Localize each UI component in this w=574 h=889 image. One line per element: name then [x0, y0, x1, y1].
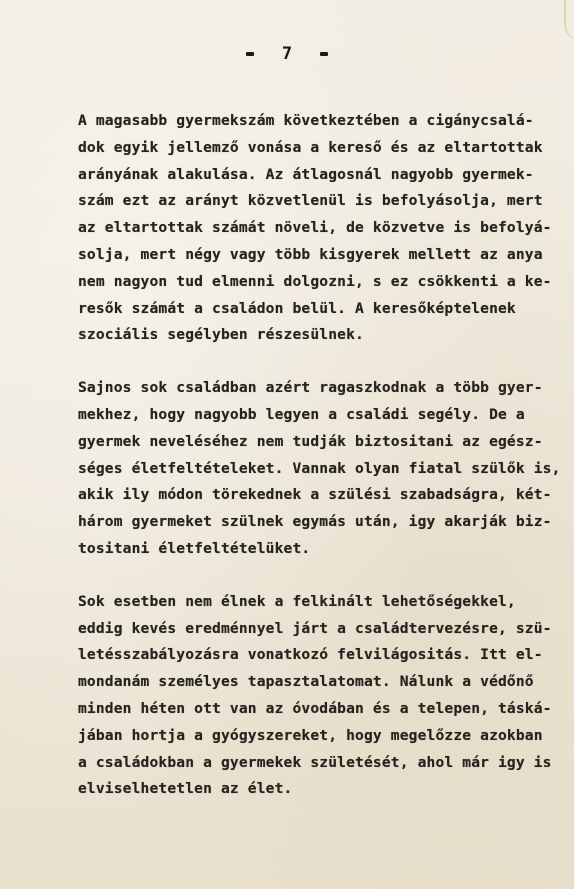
text-line: Sajnos sok családban azért ragaszkodnak … [78, 375, 548, 402]
text-line: szociális segélyben részesülnek. [78, 322, 548, 349]
text-line: mondanám személyes tapasztalatomat. Nálu… [78, 669, 548, 696]
text-line: Sok esetben nem élnek a felkinált lehető… [78, 589, 548, 616]
text-line: elviselhetetlen az élet. [78, 776, 548, 803]
text-line: az eltartottak számát növeli, de közvetv… [78, 215, 548, 242]
text-line: resők számát a családon belül. A keresők… [78, 296, 548, 323]
text-line: szám ezt az arányt közvetlenül is befoly… [78, 188, 548, 215]
text-line: séges életfeltételeket. Vannak olyan fia… [78, 456, 548, 483]
page-number-header: 7 [0, 44, 574, 64]
text-line: letésszabályozásra vonatkozó felvilágosi… [78, 642, 548, 669]
text-line: mekhez, hogy nagyobb legyen a családi se… [78, 402, 548, 429]
text-line: akik ily módon törekednek a szülési szab… [78, 482, 548, 509]
text-line: a családokban a gyermekek születését, ah… [78, 750, 548, 777]
paragraph-3: Sok esetben nem élnek a felkinált lehető… [78, 589, 548, 803]
text-line: dok egyik jellemző vonása a kereső és az… [78, 135, 548, 162]
paragraph-2: Sajnos sok családban azért ragaszkodnak … [78, 375, 548, 563]
page-number-dash-left [246, 52, 254, 56]
text-line: nem nagyon tud elmenni dolgozni, s ez cs… [78, 269, 548, 296]
text-line: eddig kevés eredménnyel járt a családter… [78, 616, 548, 643]
text-line: jában hortja a gyógyszereket, hogy megel… [78, 723, 548, 750]
text-line: arányának alakulása. Az átlagosnál nagyo… [78, 162, 548, 189]
typewritten-page: 7 A magasabb gyermekszám következtében a… [0, 0, 574, 889]
text-line: minden héten ott van az óvodában és a te… [78, 696, 548, 723]
text-line: A magasabb gyermekszám következtében a c… [78, 108, 548, 135]
text-line: három gyermeket szülnek egymás után, igy… [78, 509, 548, 536]
page-number: 7 [282, 44, 292, 64]
paragraph-1: A magasabb gyermekszám következtében a c… [78, 108, 548, 349]
page-number-dash-right [320, 52, 328, 56]
text-line: solja, mert négy vagy több kisgyerek mel… [78, 242, 548, 269]
document-body: A magasabb gyermekszám következtében a c… [78, 108, 548, 803]
text-line: gyermek neveléséhez nem tudják biztosita… [78, 429, 548, 456]
text-line: tositani életfeltételüket. [78, 536, 548, 563]
